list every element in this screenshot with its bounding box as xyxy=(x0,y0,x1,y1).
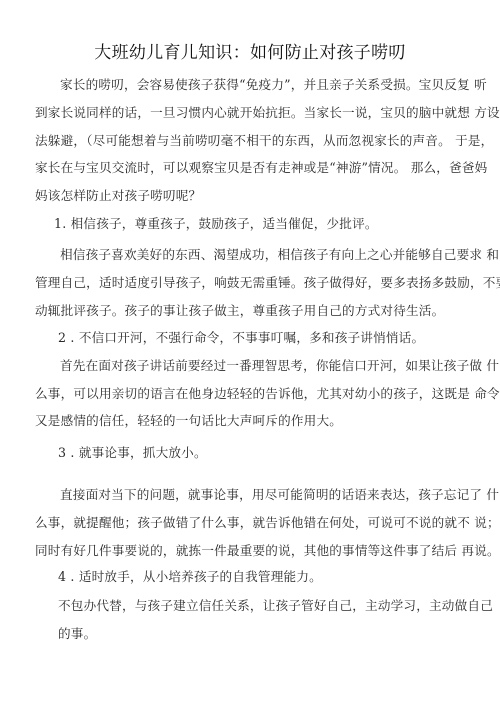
section-heading: 4 . 适时放手，从小培养孩子的自我管理能力。 xyxy=(58,566,322,585)
text-line: 的事。 xyxy=(58,623,96,642)
text-line: 直接面对当下的问题，就事论事，用尽可能简明的话语来表达，孩子忘记了 什 xyxy=(60,484,499,503)
text-line: 不包办代替，与孩子建立信任关系，让孩子管好自己，主动学习，主动做自己 xyxy=(58,595,493,614)
text-line: 家长在与宝贝交流时，可以观察宝贝是否有走神或是“神游”情况。 那么，爸爸妈 xyxy=(35,157,487,176)
text-line: 么事，可以用亲切的语言在他身边轻轻的告诉他，尤其对幼小的孩子，这既是 命令， xyxy=(35,383,500,402)
text-line: 到家长说同样的话，一旦习惯内心就开始抗拒。当家长一说，宝贝的脑中就想 方设 xyxy=(35,102,500,121)
text-line: 动辄批评孩子。孩子的事让孩子做主，尊重孩子用自己的方式对待生活。 xyxy=(35,300,444,319)
text-line: 么事，就提醒他；孩子做错了什么事，就告诉他错在何处，可说可不说的就不 说； xyxy=(35,512,500,531)
text-line: 家长的唠叨，会容易使孩子获得“免疫力”，并且亲子关系受损。宝贝反复 听 xyxy=(60,74,487,93)
text-line: 又是感情的信任，轻轻的一句话比大声呵斥的作用大。 xyxy=(35,410,342,429)
text-line: 同时有好几件事要说的，就拣一件最重要的说，其他的事情等这件事了结后 再说。 xyxy=(35,540,500,559)
text-line: 管理自己，适时适度引导孩子，响鼓无需重锤。孩子做得好，要多表扬多鼓励，不要 xyxy=(35,272,500,291)
section-heading: 3 . 就事论事，抓大放小。 xyxy=(58,442,207,461)
section-heading: 2 . 不信口开河，不强行命令，不事事叮嘱，多和孩子讲悄悄话。 xyxy=(58,327,424,346)
text-line: 相信孩子喜欢美好的东西、渴望成功，相信孩子有向上之心并能够自己要求 和 xyxy=(60,244,499,263)
text-line: 首先在面对孩子讲话前要经过一番理智思考，你能信口开河，如果让孩子做 什 xyxy=(60,355,499,374)
section-heading: 1. 相信孩子，尊重孩子，鼓励孩子，适当催促，少批评。 xyxy=(54,213,378,232)
text-line: 妈该怎样防止对孩子唠叨呢？ xyxy=(35,185,201,204)
document-title: 大班幼儿育儿知识：如何防止对孩子唠叨 xyxy=(0,38,500,63)
text-line: 法躲避，（尽可能想着与当前唠叨毫不相干的东西，从而忽视家长的声音。 于是， xyxy=(35,130,493,149)
